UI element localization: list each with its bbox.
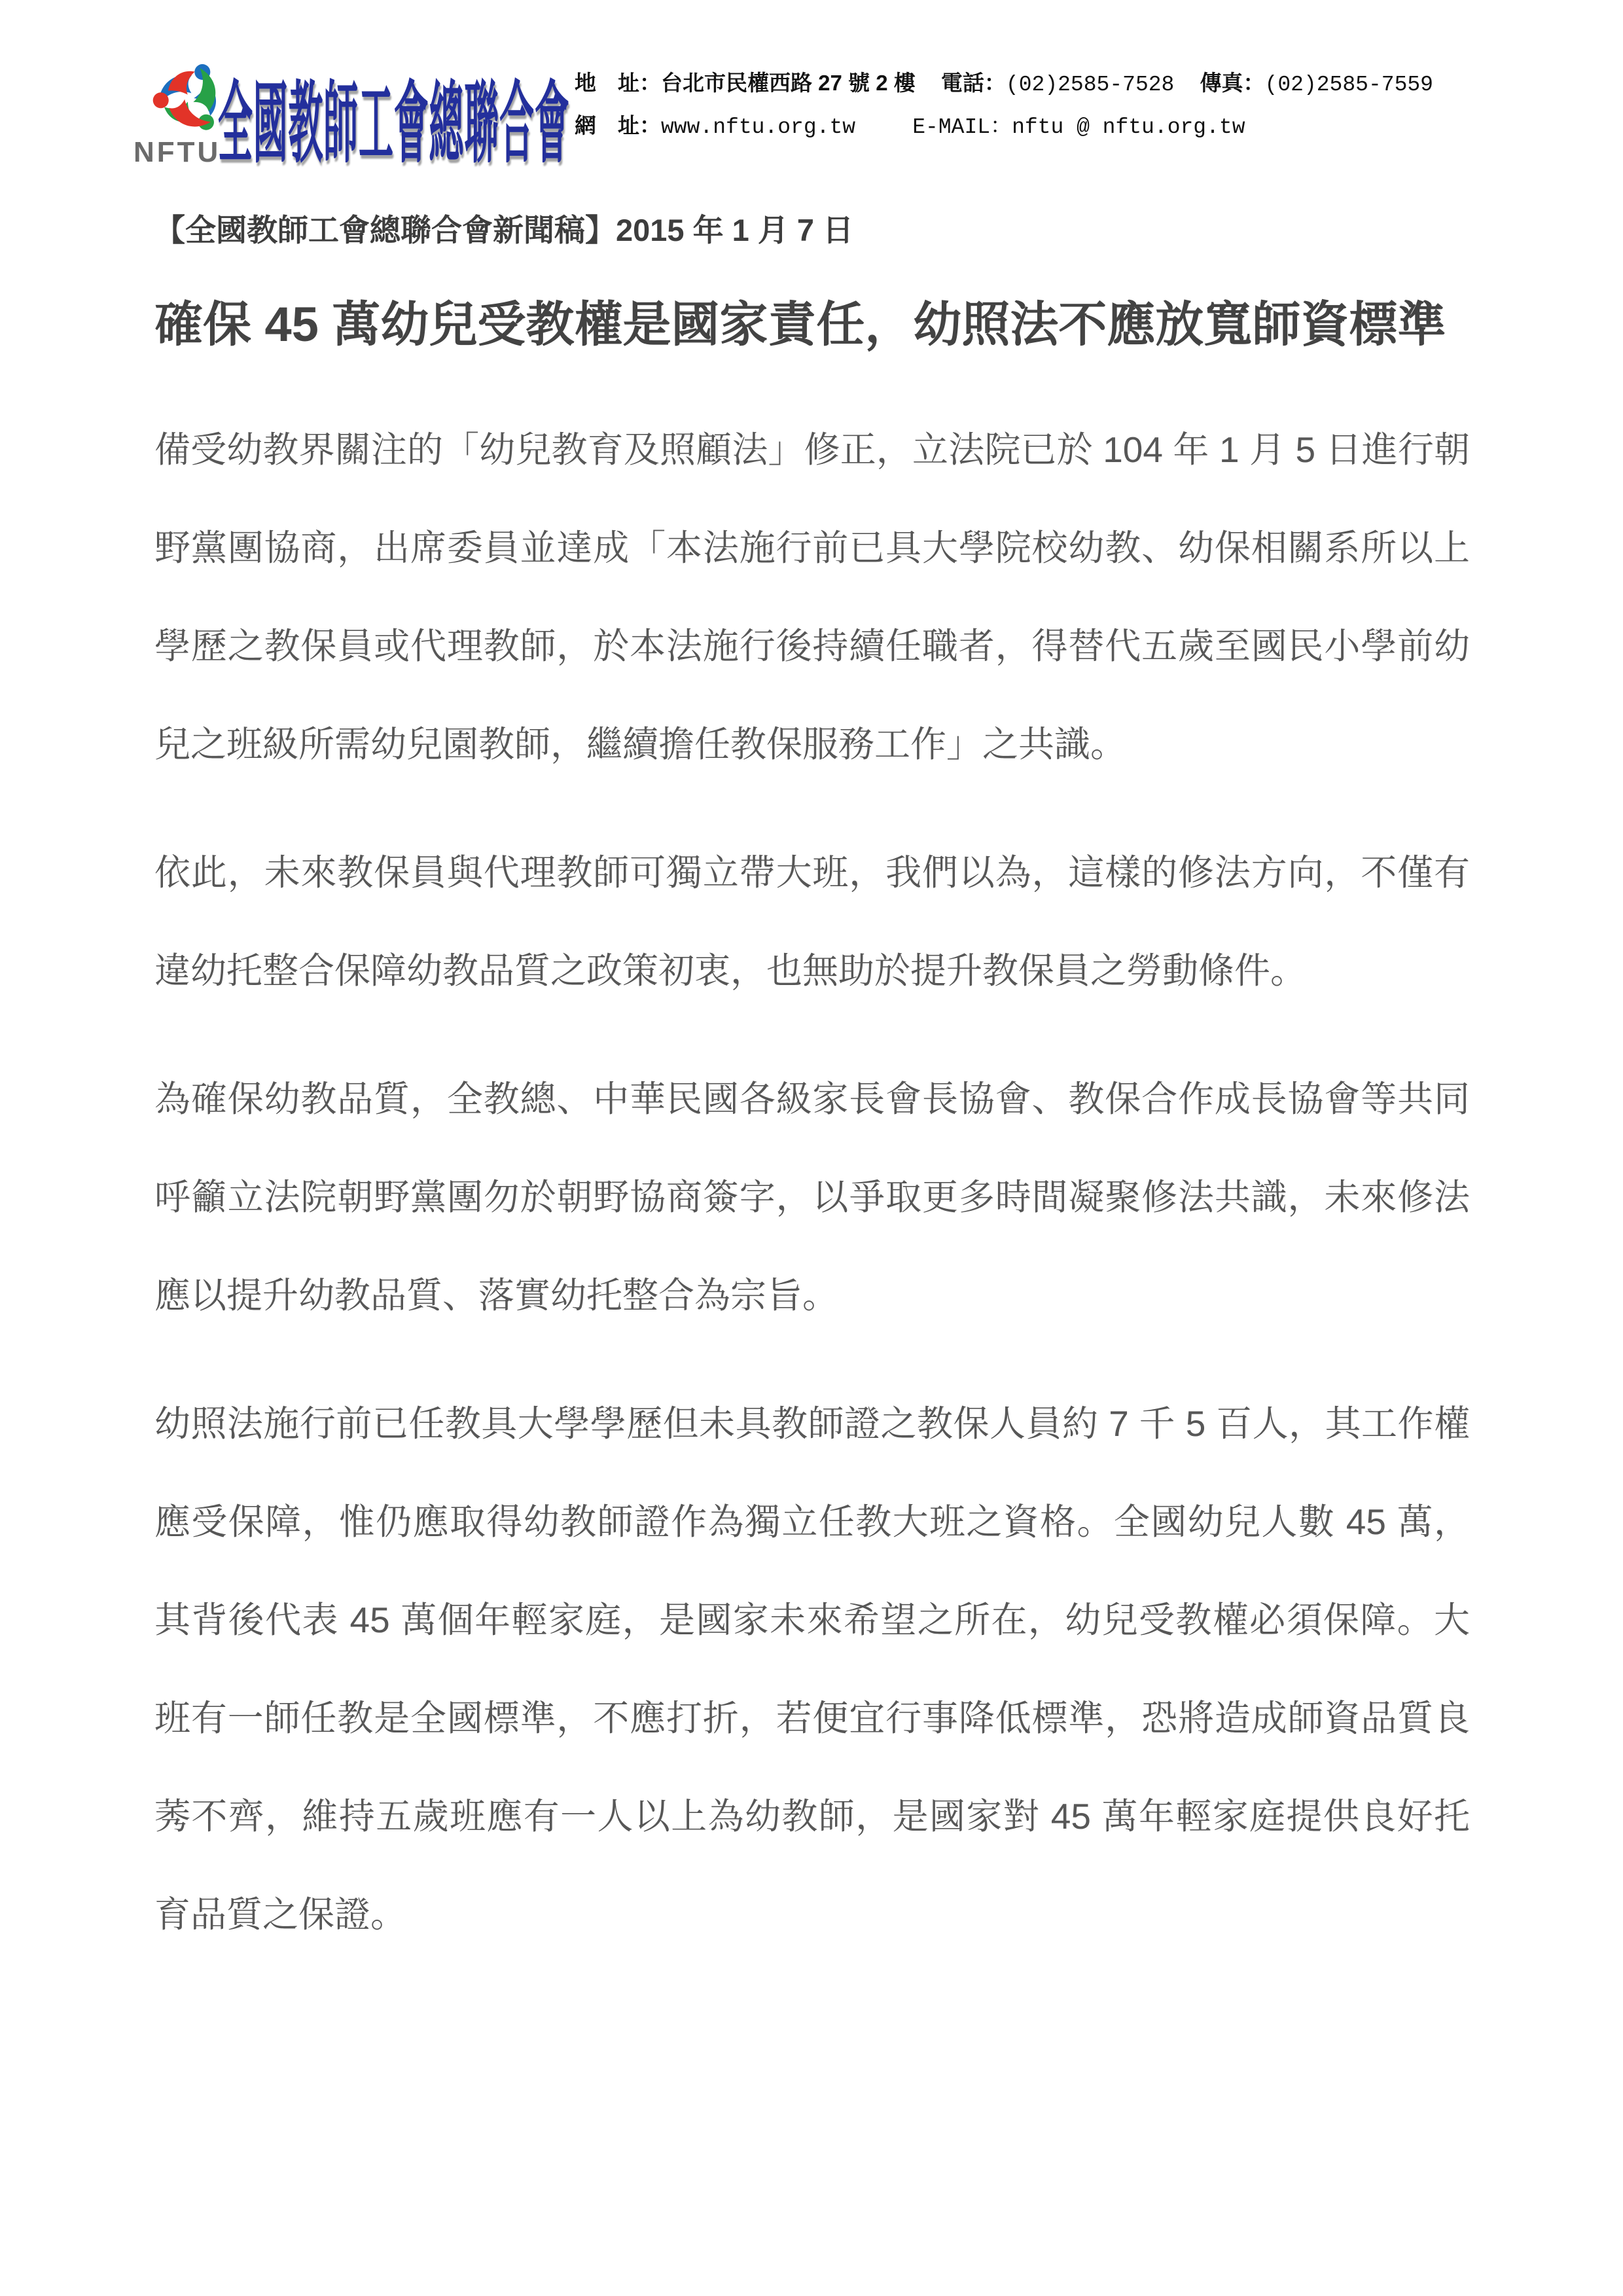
- document-body: 備受幼教界關注的「幼兒教育及照顧法」修正，立法院已於 104 年 1 月 5 日…: [154, 401, 1470, 1964]
- email-label: E-MAIL：: [912, 115, 1012, 139]
- fax-value: (02)2585-7559: [1265, 73, 1433, 97]
- body-paragraph-4: 幼照法施行前已任教具大學學歷但未具教師證之教保人員約 7 千 5 百人，其工作權…: [154, 1374, 1470, 1964]
- press-release: 【全國教師工會總聯合會新聞稿】2015 年 1 月 7 日 確保 45 萬幼兒受…: [154, 211, 1470, 1994]
- document-title: 確保 45 萬幼兒受教權是國家責任，幼照法不應放寬師資標準: [154, 292, 1470, 357]
- nftu-acronym: NFTU: [134, 136, 221, 169]
- contact-row-2: 網 址：www.nftu.org.tw E-MAIL：nftu @ nftu.o…: [575, 105, 1491, 148]
- press-release-dateline: 【全國教師工會總聯合會新聞稿】2015 年 1 月 7 日: [154, 211, 1470, 250]
- email-value: nftu @ nftu.org.tw: [1012, 115, 1245, 139]
- website-label: 網 址：: [575, 113, 661, 137]
- letterhead: NFTU 全國教師工會總聯合會 地 址：台北市民權西路 27 號 2 樓 電話：…: [131, 56, 1499, 174]
- website-value: www.nftu.org.tw: [661, 115, 855, 139]
- org-name: 全國教師工會總聯合會: [218, 52, 570, 180]
- body-paragraph-3: 為確保幼教品質，全教總、中華民國各級家長會長協會、教保合作成長協會等共同呼籲立法…: [154, 1050, 1470, 1344]
- fax-label: 傳真：: [1200, 71, 1265, 95]
- contact-row-1: 地 址：台北市民權西路 27 號 2 樓 電話：(02)2585-7528 傳真…: [575, 63, 1491, 105]
- address-value: 台北市民權西路 27 號 2 樓: [661, 71, 916, 95]
- body-paragraph-1: 備受幼教界關注的「幼兒教育及照顧法」修正，立法院已於 104 年 1 月 5 日…: [154, 401, 1470, 793]
- phone-value: (02)2585-7528: [1006, 73, 1174, 97]
- phone-label: 電話：: [941, 71, 1006, 95]
- body-paragraph-2: 依此，未來教保員與代理教師可獨立帶大班，我們以為，這樣的修法方向，不僅有違幼托整…: [154, 823, 1470, 1020]
- contact-block: 地 址：台北市民權西路 27 號 2 樓 電話：(02)2585-7528 傳真…: [575, 63, 1491, 148]
- page: NFTU 全國教師工會總聯合會 地 址：台北市民權西路 27 號 2 樓 電話：…: [0, 0, 1623, 2296]
- address-label: 地 址：: [575, 71, 661, 95]
